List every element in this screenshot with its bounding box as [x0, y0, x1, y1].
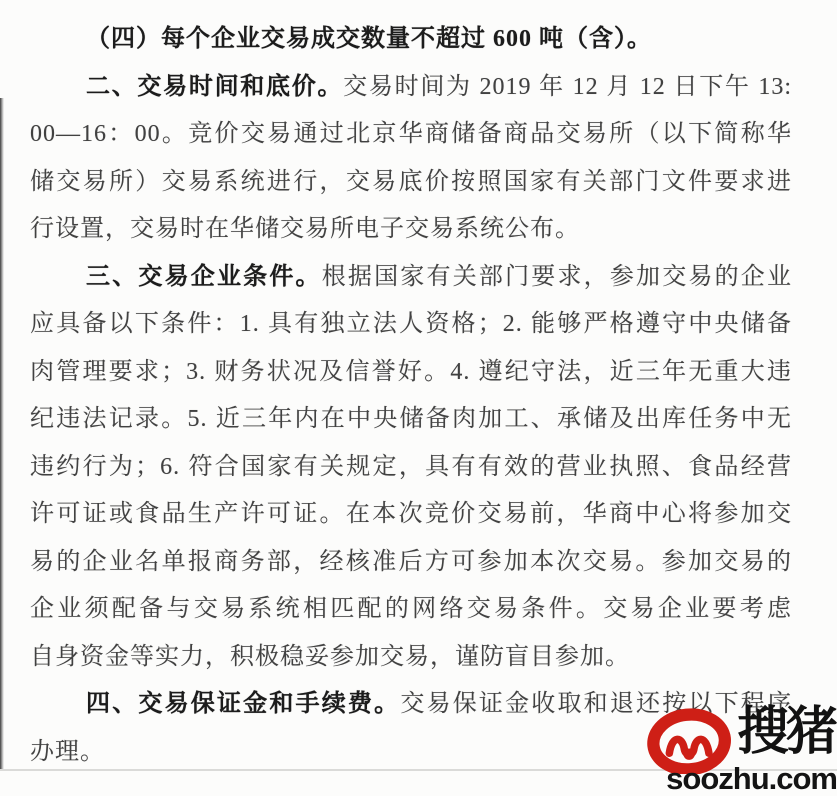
document-line: 企业须配备与交易系统相匹配的网络交易条件。交易企业要考虑 — [30, 586, 792, 634]
scanned-document-page: （四）每个企业交易成交数量不超过 600 吨（含）。 二、交易时间和底价。交易时… — [0, 0, 837, 796]
document-line: 自身资金等实力，积极稳妥参加交易，谨防盲目参加。 — [30, 634, 792, 682]
line-text: 许可证或食品生产许可证。在本次竞价交易前，华商中心将参加交 — [30, 501, 792, 527]
line-bold-text: （四）每个企业交易成交数量不超过 600 吨（含）。 — [86, 26, 652, 52]
line-text: 易的企业名单报商务部，经核准后方可参加本次交易。参加交易的 — [30, 549, 792, 575]
document-line: 纪违法记录。5. 近三年内在中央储备肉加工、承储及出库任务中无 — [30, 396, 792, 444]
document-body: （四）每个企业交易成交数量不超过 600 吨（含）。 二、交易时间和底价。交易时… — [30, 16, 792, 776]
document-line: 应具备以下条件：1. 具有独立法人资格；2. 能够严格遵守中央储备 — [30, 301, 792, 349]
section-heading: 二、交易时间和底价。 — [86, 74, 343, 100]
document-line: 许可证或食品生产许可证。在本次竞价交易前，华商中心将参加交 — [30, 491, 792, 539]
line-text: 违约行为；6. 符合国家有关规定，具有有效的营业执照、食品经营 — [30, 454, 792, 480]
soozhu-brand-text: 搜猪 — [737, 700, 837, 764]
document-line: 违约行为；6. 符合国家有关规定，具有有效的营业执照、食品经营 — [30, 444, 792, 492]
line-text: 储交易所）交易系统进行，交易底价按照国家有关部门文件要求进 — [30, 169, 792, 195]
line-text: 应具备以下条件：1. 具有独立法人资格；2. 能够严格遵守中央储备 — [30, 311, 792, 337]
line-text: 交易时间为 2019 年 12 月 12 日下午 13: — [343, 74, 792, 100]
line-text: 企业须配备与交易系统相匹配的网络交易条件。交易企业要考虑 — [30, 596, 792, 622]
line-text: 自身资金等实力，积极稳妥参加交易，谨防盲目参加。 — [30, 644, 630, 670]
line-text: 办理。 — [30, 739, 105, 765]
document-line: 00—16：00。竞价交易通过北京华商储备商品交易所（以下简称华 — [30, 111, 792, 159]
line-text: 纪违法记录。5. 近三年内在中央储备肉加工、承储及出库任务中无 — [30, 406, 792, 432]
line-text: 行设置，交易时在华储交易所电子交易系统公布。 — [30, 216, 580, 242]
line-text: 肉管理要求；3. 财务状况及信誉好。4. 遵纪守法，近三年无重大违 — [30, 359, 792, 385]
soozhu-domain-text: soozhu.com — [637, 762, 837, 796]
document-line: 二、交易时间和底价。交易时间为 2019 年 12 月 12 日下午 13: — [30, 64, 792, 112]
document-line: 储交易所）交易系统进行，交易底价按照国家有关部门文件要求进 — [30, 159, 792, 207]
document-line: 行设置，交易时在华储交易所电子交易系统公布。 — [30, 206, 792, 254]
line-text: 00—16：00。竞价交易通过北京华商储备商品交易所（以下简称华 — [30, 121, 792, 147]
section-heading: 三、交易企业条件。 — [86, 264, 322, 290]
soozhu-watermark: 搜猪 soozhu.com — [637, 700, 837, 796]
scan-edge-artifact — [0, 98, 4, 770]
document-line: 易的企业名单报商务部，经核准后方可参加本次交易。参加交易的 — [30, 539, 792, 587]
document-line: 肉管理要求；3. 财务状况及信誉好。4. 遵纪守法，近三年无重大违 — [30, 349, 792, 397]
section-heading: 四、交易保证金和手续费。 — [86, 691, 400, 717]
document-line: 三、交易企业条件。根据国家有关部门要求，参加交易的企业 — [30, 254, 792, 302]
document-line: （四）每个企业交易成交数量不超过 600 吨（含）。 — [30, 16, 792, 64]
line-text: 根据国家有关部门要求，参加交易的企业 — [322, 264, 792, 290]
